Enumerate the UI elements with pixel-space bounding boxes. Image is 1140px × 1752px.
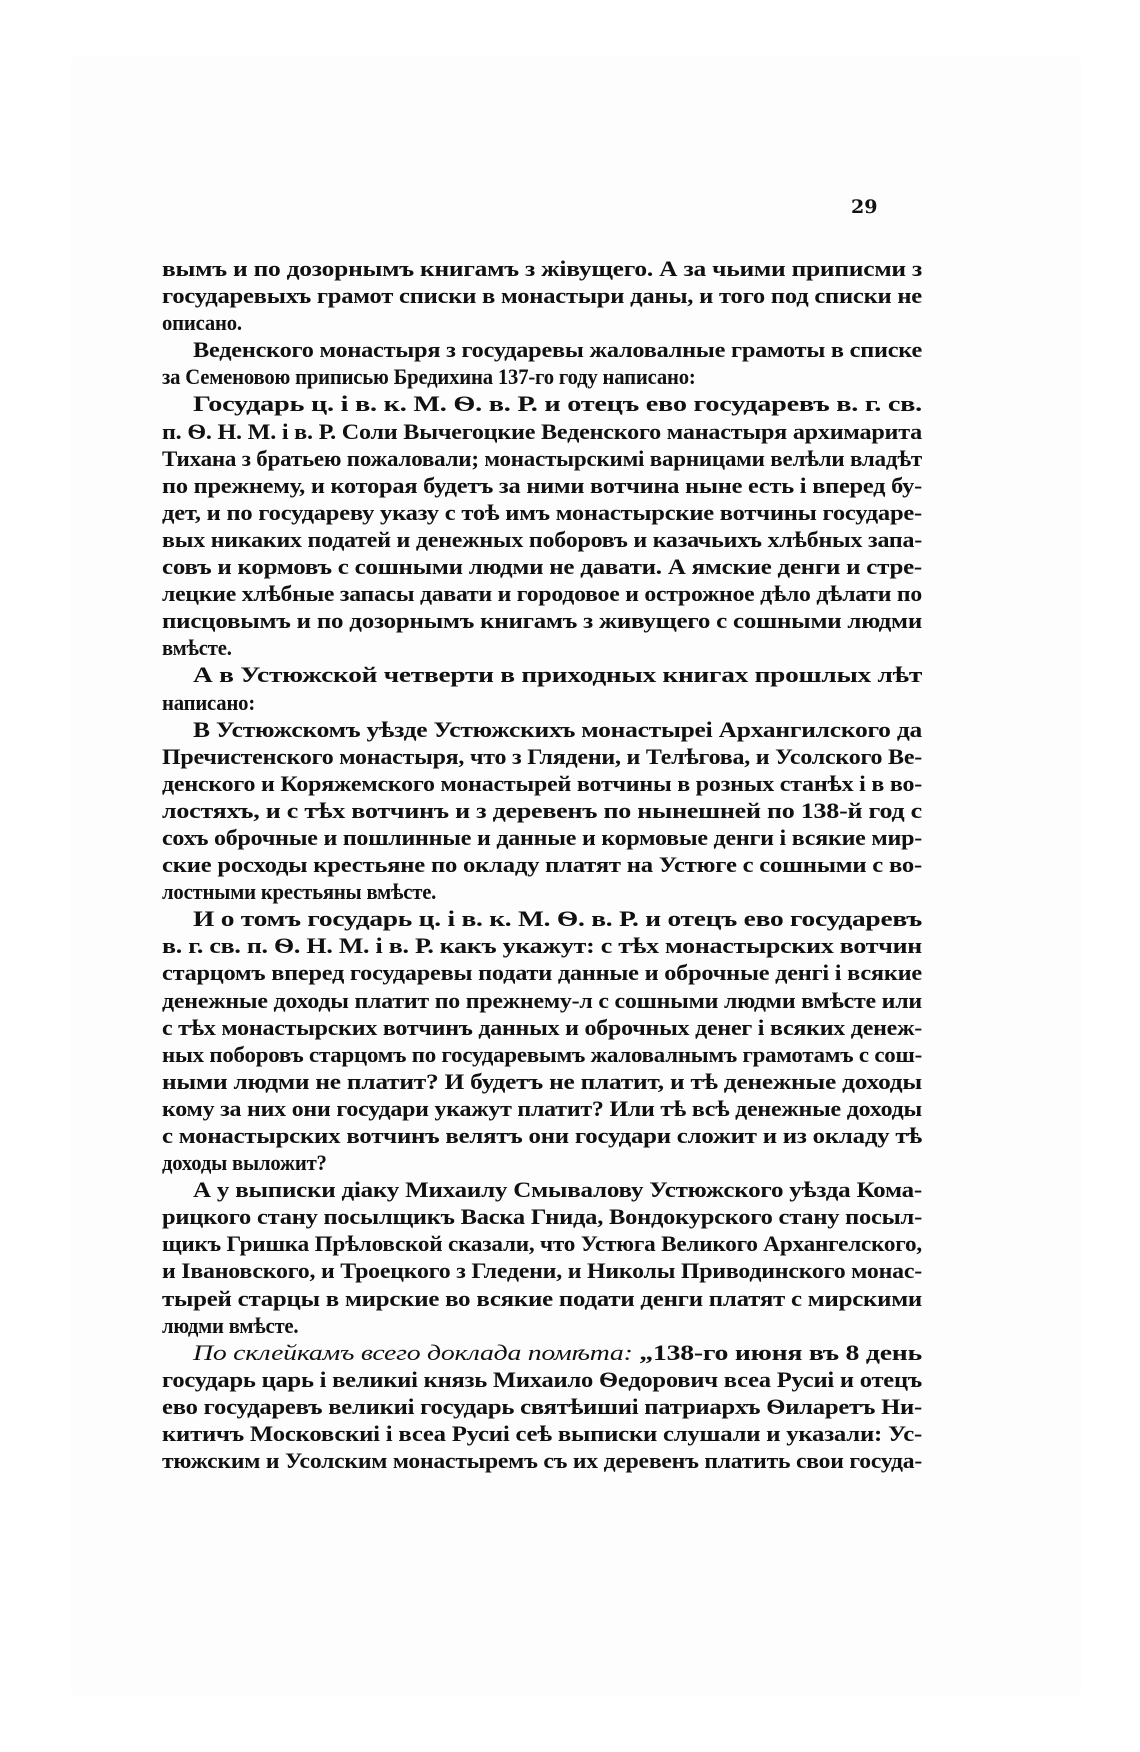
text-line: кому за них они государи укажут платит? …: [162, 1095, 922, 1122]
text-line: с монастырских вотчинъ велятъ они госуда…: [162, 1122, 922, 1149]
text-line: В Устюжскомъ уѣзде Устюжскихъ монастыреі…: [162, 716, 922, 743]
text-line: И о томъ государь ц. і в. к. М. Ѳ. в. Р.…: [162, 905, 922, 932]
text-line: денежные доходы платит по прежнему-л с с…: [162, 987, 922, 1014]
text-line: дет, и по государеву указу с тоѣ имъ мон…: [162, 499, 922, 526]
text-line: совъ и кормовъ с сошными людми не давати…: [162, 553, 922, 580]
text-line: лостяхъ, и с тѣх вотчинъ и з деревенъ по…: [162, 797, 922, 824]
body-text: вымъ и по дозорнымъ книгамъ з жівущего. …: [162, 255, 922, 1474]
text-line: Государь ц. і в. к. М. Ѳ. в. Р. и отецъ …: [162, 390, 922, 417]
text-line: тырей старцы в мирские во всякие подати …: [162, 1285, 922, 1312]
text-line: государь царь і великиі князь Михаило Ѳе…: [162, 1366, 922, 1393]
text-line: людми вмѣсте.: [162, 1312, 922, 1339]
text-line: вых никаких податей и денежных поборовъ …: [162, 526, 922, 553]
text-line: По склейкамъ всего доклада помѣта: „138-…: [162, 1339, 922, 1366]
text-line: доходы выложит?: [162, 1149, 922, 1176]
italic-note-label: По склейкамъ всего доклада помѣта:: [193, 1340, 633, 1365]
text-line: китичъ Московскиі і всеа Русиі сеѣ выпис…: [162, 1420, 922, 1447]
text-line: старцомъ вперед государевы подати данные…: [162, 959, 922, 986]
text-line: и Івановского, и Троецкого з Гледени, и …: [162, 1257, 922, 1284]
text-line: Веденского монастыря з государевы жалова…: [162, 336, 922, 363]
text-line: написано:: [162, 689, 922, 716]
text-line: тюжским и Усолским монастыремъ съ их дер…: [162, 1447, 922, 1474]
text-line: в. г. св. п. Ѳ. Н. М. і в. Р. какъ укажу…: [162, 932, 922, 959]
text-line: щикъ Гришка Прѣловской сказали, что Устю…: [162, 1230, 922, 1257]
text-line: Пречистенского монастыря, что з Глядени,…: [162, 743, 922, 770]
text-line: п. Ѳ. Н. М. і в. Р. Соли Вычегоцкие Веде…: [162, 418, 922, 445]
text-line: лецкие хлѣбные запасы давати и городовое…: [162, 580, 922, 607]
page-number: 29: [851, 196, 881, 218]
text-line: по прежнему, и которая будетъ за ними во…: [162, 472, 922, 499]
text-line: денского и Коряжемского монастырей вотчи…: [162, 770, 922, 797]
text-line: Тихана з братьею пожаловали; монастырски…: [162, 445, 922, 472]
text-line: писцовымъ и по дозорнымъ книгамъ з живущ…: [162, 607, 922, 634]
text-line: лостными крестьяны вмѣсте.: [162, 878, 922, 905]
text-line: за Семеновою приписью Бредихина 137-го г…: [162, 363, 922, 390]
text-line: А у выписки діаку Михаилу Смывалову Устю…: [162, 1176, 922, 1203]
text-line: описано.: [162, 309, 922, 336]
text-line: вымъ и по дозорнымъ книгамъ з жівущего. …: [162, 255, 922, 282]
text-line: сохъ оброчные и пошлинные и данные и кор…: [162, 824, 922, 851]
text-line: государевыхъ грамот списки в монастыри д…: [162, 282, 922, 309]
text-line: с тѣх монастырских вотчинъ данных и обро…: [162, 1014, 922, 1041]
text-line: ские росходы крестьяне по окладу платят …: [162, 851, 922, 878]
text-line: вмѣсте.: [162, 634, 922, 661]
text-line: рицкого стану посылщикъ Васка Гнида, Вон…: [162, 1203, 922, 1230]
text-line: ных поборовъ старцомъ по государевымъ жа…: [162, 1041, 922, 1068]
text-line: А в Устюжской четверти в приходных книга…: [162, 661, 922, 688]
text-line: ево государевъ великиі государь святѣиши…: [162, 1393, 922, 1420]
text-line: ными людми не платит? И будетъ не платит…: [162, 1068, 922, 1095]
